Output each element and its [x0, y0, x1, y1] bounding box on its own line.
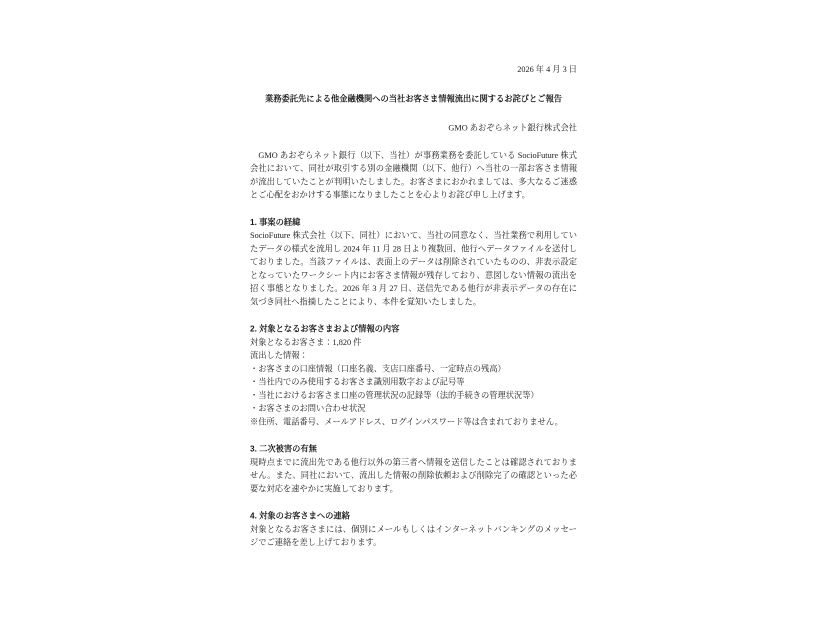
affected-count-line: 対象となるお客さま：1,820 件 — [250, 336, 577, 349]
leaked-info-note: ※住所、電話番号、メールアドレス、ログインパスワード等は含まれておりません。 — [250, 415, 577, 428]
leaked-info-item: ・お客さまの口座情報（口座名義、支店口座番号、一定時点の残高） — [250, 362, 577, 375]
document-date: 2026 年 4 月 3 日 — [250, 63, 577, 76]
section-secondary-damage: 3. 二次被害の有無 現時点までに流出先である他行以外の第三者へ情報を送信したこ… — [250, 443, 577, 496]
section-heading: 1. 事案の経緯 — [250, 216, 577, 229]
section-body: SocioFuture 株式会社（以下、同社）において、当社の同意なく、当社業務… — [250, 229, 577, 309]
leaked-info-item: ・お客さまのお問い合わせ状況 — [250, 402, 577, 415]
section-body: 対象となるお客さまには、個別にメールもしくはインターネットバンキングのメッセージ… — [250, 523, 577, 550]
section-incident-history: 1. 事案の経緯 SocioFuture 株式会社（以下、同社）において、当社の… — [250, 216, 577, 309]
document-viewport: 2026 年 4 月 3 日 業務委託先による他金融機関への当社お客さま情報流出… — [0, 0, 826, 620]
leaked-info-item: ・当社内でのみ使用するお客さま識別用数字および記号等 — [250, 376, 577, 389]
section-body: 現時点までに流出先である他行以外の第三者へ情報を送信したことは確認されておりませ… — [250, 456, 577, 496]
section-heading: 3. 二次被害の有無 — [250, 443, 577, 456]
section-customer-contact: 4. 対象のお客さまへの連絡 対象となるお客さまには、個別にメールもしくはインタ… — [250, 510, 577, 550]
leaked-info-label: 流出した情報： — [250, 349, 577, 362]
document-content: 2026 年 4 月 3 日 業務委託先による他金融機関への当社お客さま情報流出… — [250, 63, 577, 549]
section-heading: 4. 対象のお客さまへの連絡 — [250, 510, 577, 523]
leaked-info-item: ・当社におけるお客さま口座の管理状況の記録等（法的手続きの管理状況等） — [250, 389, 577, 402]
section-affected-customers: 2. 対象となるお客さまおよび情報の内容 対象となるお客さま：1,820 件 流… — [250, 323, 577, 429]
intro-paragraph: GMO あおぞらネット銀行（以下、当社）が事務業務を委託している SocioFu… — [250, 149, 577, 202]
document-page: 2026 年 4 月 3 日 業務委託先による他金融機関への当社お客さま情報流出… — [0, 0, 826, 620]
company-name: GMO あおぞらネット銀行株式会社 — [250, 122, 577, 135]
section-heading: 2. 対象となるお客さまおよび情報の内容 — [250, 323, 577, 336]
document-title: 業務委託先による他金融機関への当社お客さま情報流出に関するお詫びとご報告 — [250, 92, 577, 105]
